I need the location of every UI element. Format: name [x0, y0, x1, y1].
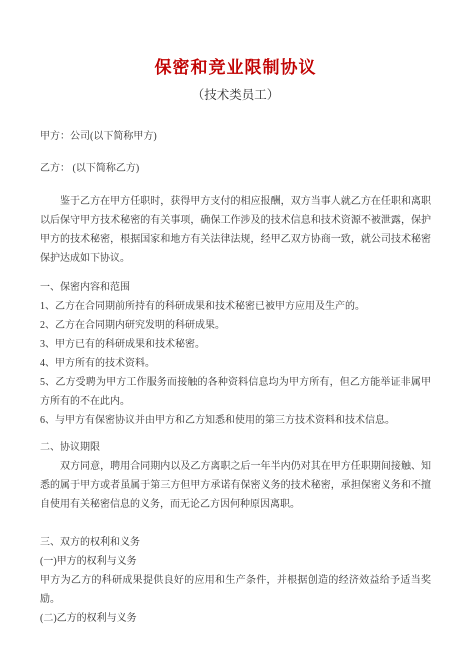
contract-item: 1、乙方在合同期前所持有的科研成果和技术秘密已被甲方应用及生产的。 — [40, 297, 431, 316]
party-a-line: 甲方：公司(以下简称甲方) — [40, 127, 431, 146]
section-heading: 三、双方的权利和义务 — [40, 533, 431, 552]
document-page: 保密和竞业限制协议 （技术类员工） 甲方：公司(以下简称甲方) 乙方： (以下简… — [0, 0, 463, 655]
contract-item: 3、甲方已有的科研成果和技术秘密。 — [40, 335, 431, 354]
contract-item: (二)乙方的权利与义务 — [40, 609, 431, 628]
section-heading: 一、保密内容和范围 — [40, 278, 431, 297]
section-heading: 二、协议期限 — [40, 438, 431, 457]
contract-item: 甲方为乙方的科研成果提供良好的应用和生产条件，并根据创造的经济效益给予适当奖励。 — [40, 571, 431, 609]
section-confidential-scope: 一、保密内容和范围 1、乙方在合同期前所持有的科研成果和技术秘密已被甲方应用及生… — [40, 278, 431, 430]
section-agreement-term: 二、协议期限 双方同意，聘用合同期内以及乙方离职之后一年半内仍对其在甲方任职期间… — [40, 438, 431, 514]
contract-item: 2、乙方在合同期内研究发明的科研成果。 — [40, 316, 431, 335]
contract-item: 5、乙方受聘为甲方工作服务而接触的各种资料信息均为甲方所有，但乙方能举证非属甲方… — [40, 373, 431, 411]
section-paragraph: 双方同意，聘用合同期内以及乙方离职之后一年半内仍对其在甲方任职期间接触、知悉的属… — [40, 457, 431, 514]
document-title: 保密和竞业限制协议 — [40, 57, 431, 79]
contract-item: 6、与甲方有保密协议并由甲方和乙方知悉和使用的第三方技术资料和技术信息。 — [40, 411, 431, 430]
section-rights-obligations: 三、双方的权利和义务 (一)甲方的权利与义务 甲方为乙方的科研成果提供良好的应用… — [40, 533, 431, 628]
party-b-line: 乙方： (以下简称乙方) — [40, 159, 431, 178]
preamble-paragraph: 鉴于乙方在甲方任职时，获得甲方支付的相应报酬，双方当事人就乙方在任职和离职以后保… — [40, 192, 431, 268]
contract-item: 4、甲方所有的技术资料。 — [40, 354, 431, 373]
contract-item: (一)甲方的权利与义务 — [40, 552, 431, 571]
document-subtitle: （技术类员工） — [40, 87, 431, 103]
